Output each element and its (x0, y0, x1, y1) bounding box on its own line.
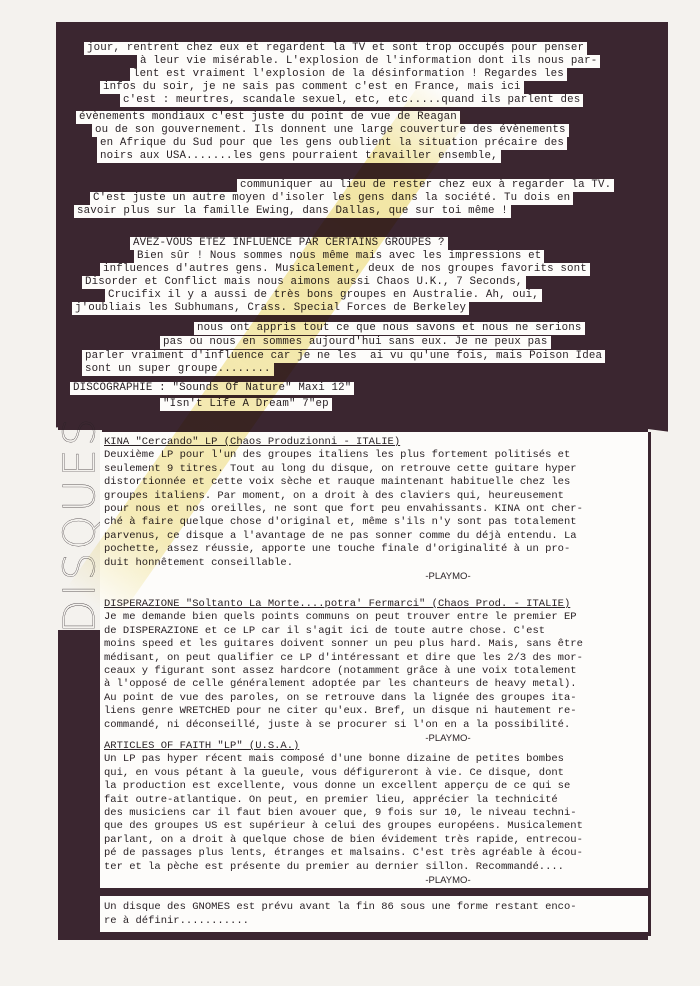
discography-line: "Isn't Life A Dream" 7"ep (160, 398, 332, 411)
interview-line: c'est : meurtres, scandale sexuel, etc, … (120, 94, 583, 107)
interview-line: parler vraiment d'influence car je ne le… (82, 350, 605, 363)
review-body: Un LP pas hyper récent mais composé d'un… (104, 753, 642, 874)
interview-line: noirs aux USA.......les gens pourraient … (97, 150, 501, 163)
review-articles-of-faith: ARTICLES OF FAITH "LP" (U.S.A.) Un LP pa… (104, 740, 642, 887)
interview-line: ou de son gouvernement. Ils donnent une … (92, 124, 569, 137)
interview-line: à leur vie misérable. L'explosion de l'i… (137, 55, 600, 68)
discography-line: DISCOGRAPHIE : "Sounds Of Nature" Maxi 1… (70, 382, 354, 395)
review-title: ARTICLES OF FAITH "LP" (U.S.A.) (104, 740, 642, 753)
interview-line: C'est juste un autre moyen d'isoler les … (90, 192, 573, 205)
interview-line: pas ou nous en sommes aujourd'hui sans e… (160, 336, 551, 349)
interview-line: Disorder et Conflict mais nous aimons au… (82, 276, 526, 289)
section-title-text: DISQUES (55, 434, 106, 634)
interview-line: communiquer au lieu de rester chez eux à… (237, 179, 614, 192)
review-signature: -PLAYMO- (104, 570, 642, 583)
interview-line: lent est vraiment l'explosion de la dési… (130, 68, 567, 81)
interview-line: influences d'autres gens. Musicalement, … (100, 263, 590, 276)
reviews-box: KINA "Cercando" LP (Chaos Produzionni - … (100, 432, 648, 888)
review-disperazione: DISPERAZIONE "Soltanto La Morte....potra… (104, 598, 642, 745)
review-body: Deuxième LP pour l'un des groupes italie… (104, 449, 642, 570)
interview-line: en Afrique du Sud pour que les gens oubl… (97, 137, 567, 150)
interview-line: j'oubliais les Subhumans, Crass. Special… (72, 302, 469, 315)
interview-line: nous ont appris tout ce que nous savons … (194, 322, 585, 335)
review-body: Je me demande bien quels points communs … (104, 611, 642, 732)
interview-line: Bien sûr ! Nous sommes nous même mais av… (134, 250, 544, 263)
interview-line: jour, rentrent chez eux et regardent la … (84, 42, 587, 55)
review-kina: KINA "Cercando" LP (Chaos Produzionni - … (104, 436, 642, 583)
review-title: KINA "Cercando" LP (Chaos Produzionni - … (104, 436, 642, 449)
review-signature: -PLAYMO- (104, 874, 642, 887)
right-border-rule (648, 432, 651, 936)
interview-line: Crucifix il y a aussi de très bons group… (105, 289, 542, 302)
section-title-disques: DISQUES (58, 430, 102, 630)
interview-line: évènements mondiaux c'est juste du point… (76, 111, 460, 124)
interview-line: savoir plus sur la famille Ewing, dans D… (74, 205, 511, 218)
interview-line: sont un super groupe........ (82, 363, 274, 376)
interview-line: infos du soir, je ne sais pas comment c'… (100, 81, 524, 94)
review-title: DISPERAZIONE "Soltanto La Morte....potra… (104, 598, 642, 611)
interview-question: AVEZ-VOUS ETEZ INFLUENCE PAR CERTAINS GR… (130, 237, 448, 250)
footer-note: Un disque des GNOMES est prévu avant la … (100, 896, 648, 932)
